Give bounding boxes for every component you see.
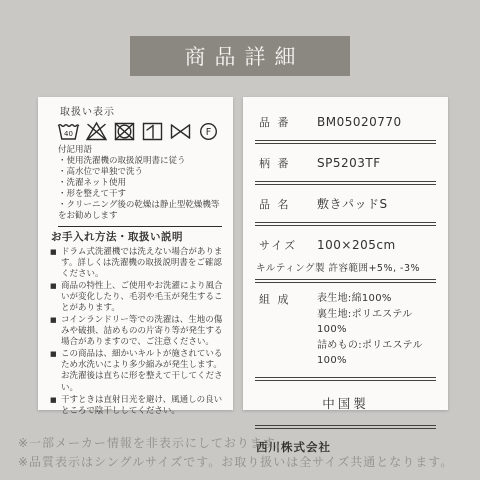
square-bullet-icon: ■ [50,247,61,280]
square-bullet-icon: ■ [50,315,61,348]
do-not-tumble-dry-icon [112,120,137,142]
instruction-text: ドラム式洗濯機では洗えない場合があります。詳しくは洗濯機の取扱説明書をご確認くだ… [61,247,224,280]
section-header-bar: 商品詳細 [130,36,350,76]
spec-row-value: BM05020770 [317,115,402,129]
wash-40-icon: 40 [56,120,81,142]
do-not-bleach-icon [84,120,109,142]
country-of-origin: 中国製 [255,381,436,425]
composition-line: 表生地:綿100% [317,291,436,307]
care-instructions-title: お手入れ方法・取扱い説明 [51,231,224,245]
spec-row-product-number: 品 番 BM05020770 [255,103,436,140]
instruction-text: 干すときは直射日光を避け、風通しの良いところで陰干ししてください。 [61,395,224,417]
spec-row-label: 品 番 [259,114,317,130]
line-dry-shade-icon [140,120,165,142]
spec-row-label: 柄 番 [259,155,317,171]
composition-line: 裏生地:ポリエステル100% [317,307,436,338]
care-instruction-item: ■ コインランドリー等での洗濯は、生地の傷みや破損、詰めものの片寄り等が発生する… [50,315,224,348]
spec-label-card: 品 番 BM05020770 柄 番 SP5203TF 品 名 敷きパッドS サ… [243,97,448,410]
product-detail-page: 商品詳細 取扱い表示 40 [0,0,480,480]
square-bullet-icon: ■ [50,349,61,393]
svg-text:40: 40 [64,130,73,138]
spec-row-product-name: 品 名 敷きパッドS [255,185,436,222]
appendix-item: ・クリーニング後の乾燥は静止型乾燥機等をお勧めします [58,200,224,222]
instruction-text: コインランドリー等での洗濯は、生地の傷みや破損、詰めものの片寄り等が発生する場合… [61,315,224,348]
care-instruction-item: ■ 商品の特性上、ご使用やお洗濯により風合いが変化したり、毛羽や毛玉が発生するこ… [50,281,224,314]
spec-row-label: サイズ [259,237,317,253]
composition-line: 詰めもの:ポリエステル100% [317,338,436,369]
spec-row-value: SP5203TF [317,156,381,170]
square-bullet-icon: ■ [50,395,61,417]
dry-clean-f-icon: F [196,120,221,142]
care-instruction-item: ■ ドラム式洗濯機では洗えない場合があります。詳しくは洗濯機の取扱説明書をご確認… [50,247,224,280]
appendix-item: ・使用洗濯機の取扱説明書に従う [58,156,224,167]
svg-text:F: F [206,127,211,138]
spec-row-pattern-number: 柄 番 SP5203TF [255,144,436,181]
appendix-item: ・高水位で単独で洗う [58,167,224,178]
spec-row-label: 組 成 [259,291,317,307]
care-instruction-item: ■ 干すときは直射日光を避け、風通しの良いところで陰干ししてください。 [50,395,224,417]
footer-note: ※品質表示はシングルサイズです。お取り扱いは全サイズ共通となります。 [18,453,453,472]
square-bullet-icon: ■ [50,281,61,314]
spec-row-value: 100×205cm [317,238,396,252]
footer-note: ※一部メーカー情報を非表示にしております。 [18,434,453,453]
footer-notes: ※一部メーカー情報を非表示にしております。 ※品質表示はシングルサイズです。お取… [18,434,453,471]
spec-row-label: 品 名 [259,196,317,212]
page-title: 商品詳細 [185,41,305,71]
size-tolerance-note: キルティング製 許容範囲+5%, -3% [256,260,436,274]
appendix-item: ・洗濯ネット使用 [58,178,224,189]
do-not-wring-icon [168,120,193,142]
appendix-item: ・形を整えて干す [58,189,224,200]
care-label-title: 取扱い表示 [60,106,224,119]
instruction-text: 商品の特性上、ご使用やお洗濯により風合いが変化したり、毛羽や毛玉が発生することが… [61,281,224,314]
spec-row-size: サイズ 100×205cm [255,226,436,263]
spec-row-composition: 組 成 表生地:綿100% 裏生地:ポリエステル100% 詰めもの:ポリエステル… [255,283,436,377]
care-label-card: 取扱い表示 40 [38,97,233,410]
spec-row-value: 敷きパッドS [317,195,388,212]
composition-values: 表生地:綿100% 裏生地:ポリエステル100% 詰めもの:ポリエステル100% [317,291,436,369]
appendix-section: 付記用語 ・使用洗濯機の取扱説明書に従う ・高水位で単独で洗う ・洗濯ネット使用… [58,145,224,222]
care-instruction-item: ■ この商品は、細かいキルトが施されているため水洗いにより多少縮みが発生します。… [50,349,224,393]
care-label-divider [58,226,222,227]
care-symbols-row: 40 [56,120,224,142]
instruction-text: この商品は、細かいキルトが施されているため水洗いにより多少縮みが発生します。お洗… [61,349,224,393]
appendix-title: 付記用語 [58,145,224,156]
